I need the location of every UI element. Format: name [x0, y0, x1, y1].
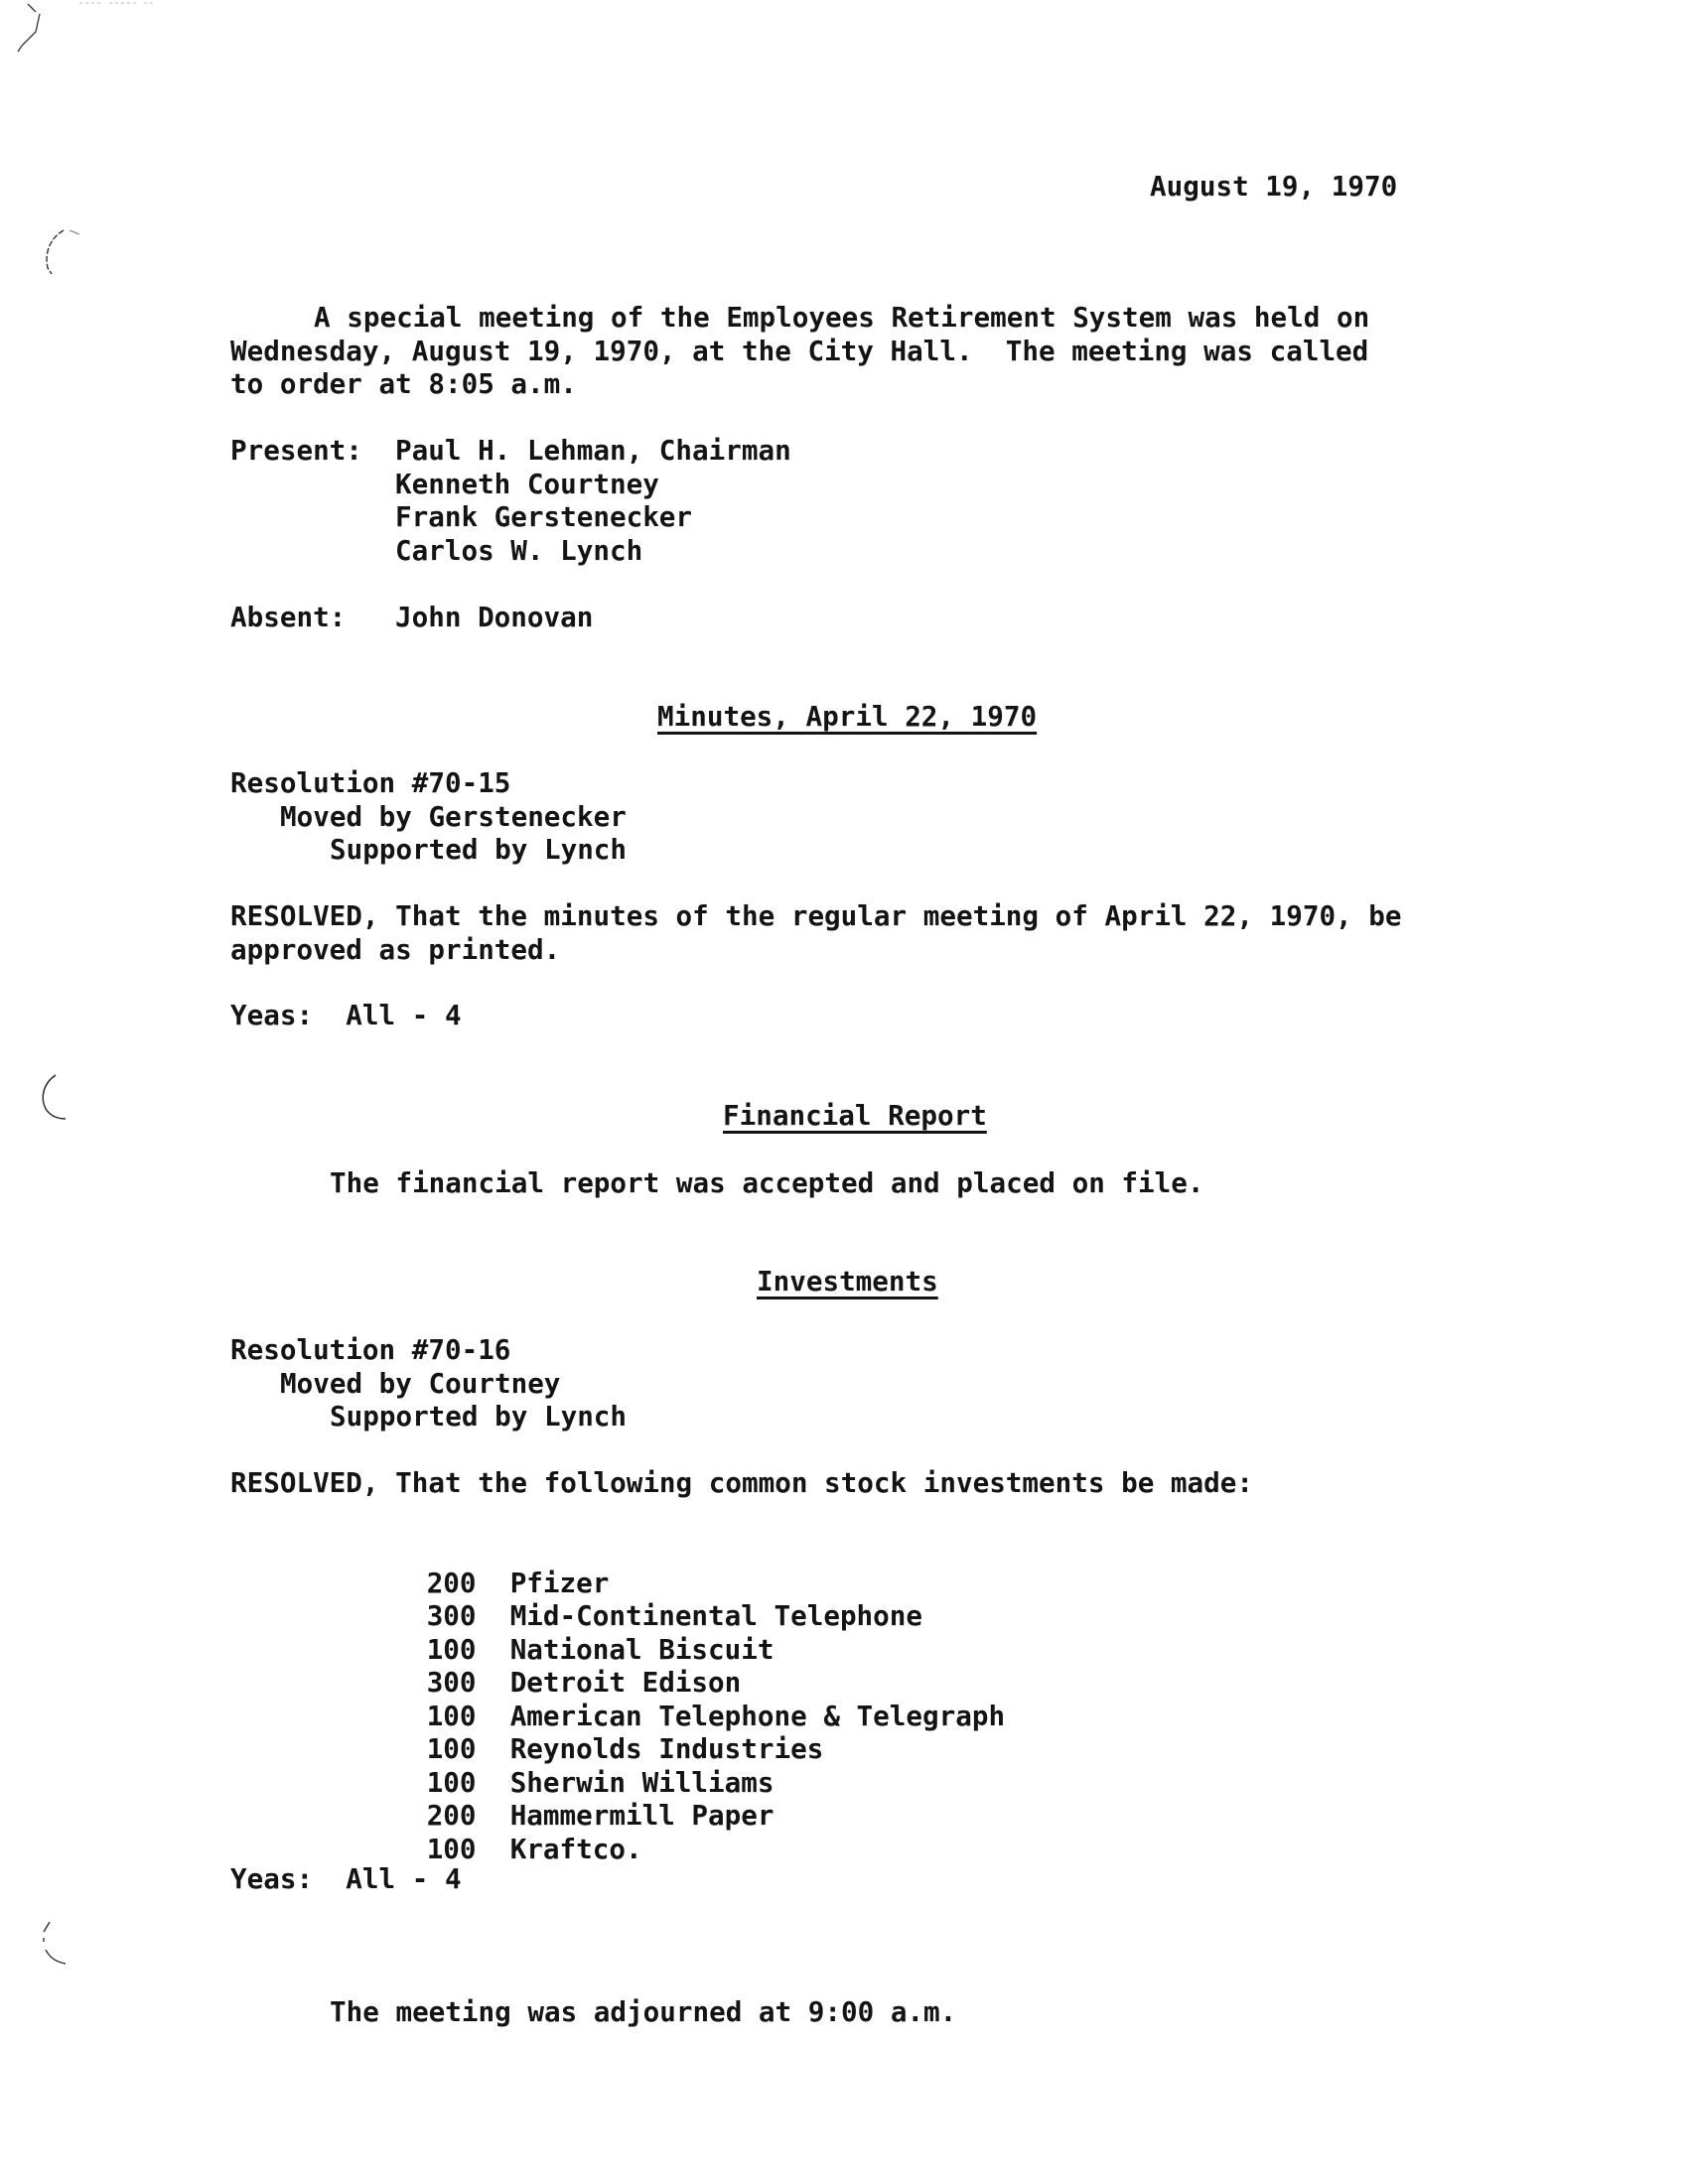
resolved-text-line-2: approved as printed. — [230, 933, 560, 967]
present-member: Kenneth Courtney — [395, 468, 659, 501]
vote-result: Yeas: All - 4 — [230, 999, 462, 1032]
resolution-number: Resolution #70-16 — [230, 1333, 510, 1367]
financial-report-text: The financial report was accepted and pl… — [330, 1166, 1203, 1200]
resolved-text: RESOLVED, That the following common stoc… — [230, 1466, 1253, 1500]
section-heading-minutes: Minutes, April 22, 1970 — [657, 700, 1037, 734]
punch-hole-arc-bottom — [30, 1916, 89, 1976]
intro-line-2: Wednesday, August 19, 1970, at the City … — [230, 335, 1368, 368]
absent-label: Absent: — [230, 601, 346, 634]
vote-result: Yeas: All - 4 — [230, 1862, 462, 1896]
moved-by: Moved by Gerstenecker — [280, 800, 627, 834]
scan-artifact-corner-mark — [0, 0, 199, 69]
document-page: August 19, 1970 A special meeting of the… — [0, 0, 1692, 2184]
adjournment-text: The meeting was adjourned at 9:00 a.m. — [330, 1995, 956, 2029]
intro-line-1: A special meeting of the Employees Retir… — [314, 301, 1369, 335]
stock-name: Kraftco. — [510, 1833, 642, 1865]
present-member: Paul H. Lehman, Chairman — [395, 434, 791, 468]
section-heading-financial-report: Financial Report — [723, 1099, 987, 1133]
present-member: Carlos W. Lynch — [395, 534, 642, 568]
resolution-number: Resolution #70-15 — [230, 766, 510, 800]
supported-by: Supported by Lynch — [330, 833, 627, 867]
document-date: August 19, 1970 — [1150, 170, 1397, 204]
section-heading-investments: Investments — [757, 1265, 938, 1298]
absent-member: John Donovan — [395, 601, 593, 634]
present-label: Present: — [230, 434, 362, 468]
punch-hole-arc-top — [30, 218, 109, 288]
supported-by: Supported by Lynch — [330, 1400, 627, 1433]
punch-hole-arc-middle — [30, 1067, 89, 1137]
resolved-text-line-1: RESOLVED, That the minutes of the regula… — [230, 899, 1402, 933]
moved-by: Moved by Courtney — [280, 1367, 560, 1401]
stock-shares: 100 — [427, 1833, 510, 1866]
intro-line-3: to order at 8:05 a.m. — [230, 367, 577, 401]
present-member: Frank Gerstenecker — [395, 500, 692, 534]
